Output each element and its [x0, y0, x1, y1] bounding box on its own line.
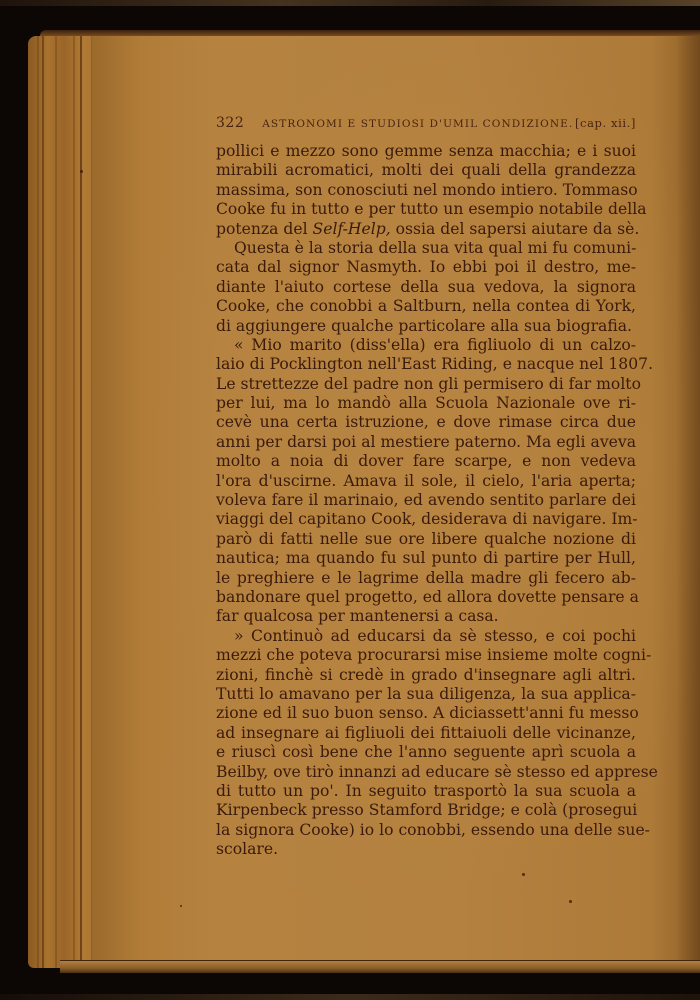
text-line: e riuscì così bene che l'anno seguente a…	[216, 743, 636, 762]
paper-speck	[569, 900, 572, 903]
paper-speck	[522, 873, 525, 876]
text-line: per lui, ma lo mandò alla Scuola Naziona…	[216, 394, 636, 413]
text-line: diante l'aiuto cortese della sua vedova,…	[216, 278, 636, 297]
text-line: « Mio marito (diss'ella) era figliuolo d…	[216, 336, 636, 355]
text-line: far qualcosa per mantenersi a casa.	[216, 607, 636, 626]
text-line: zione ed il suo buon senso. A diciassett…	[216, 704, 636, 723]
text-span: potenza del	[216, 220, 313, 238]
text-line: anni per darsi poi al mestiere paterno. …	[216, 433, 636, 452]
text-line: cata dal signor Nasmyth. Io ebbi poi il …	[216, 258, 636, 277]
text-line: massima, son conosciuti nel mondo intier…	[216, 181, 636, 200]
text-line: Cooke fu in tutto e per tutto un esempio…	[216, 200, 636, 219]
text-line: nautica; ma quando fu sul punto di parti…	[216, 549, 636, 568]
text-line: le preghiere e le lagrime della madre gl…	[216, 569, 636, 588]
text-line: parò di fatti nelle sue ore libere qualc…	[216, 530, 636, 549]
text-line: viaggi del capitano Cook, desiderava di …	[216, 510, 636, 529]
book-scan: 322 Astronomi e studiosi d'umil condizio…	[0, 0, 700, 1000]
text-line: cevè una certa istruzione, e dove rimase…	[216, 413, 636, 432]
book-bottom-edge	[60, 960, 700, 973]
text-line: ad insegnare ai figliuoli dei fittaiuoli…	[216, 724, 636, 743]
text-line: Le strettezze del padre non gli permiser…	[216, 375, 636, 394]
text-line: voleva fare il marinaio, ed avendo senti…	[216, 491, 636, 510]
page-number: 322	[216, 114, 244, 133]
text-line: Questa è la storia della sua vita qual m…	[216, 239, 636, 258]
scan-bottom-border	[0, 994, 700, 1000]
text-line: di tutto un po'. In seguito trasportò la…	[216, 782, 636, 801]
text-line: l'ora d'uscirne. Amava il sole, il cielo…	[216, 472, 636, 491]
text-line: di aggiungere qualche particolare alla s…	[216, 317, 636, 336]
text-line: molto a noia di dover fare scarpe, e non…	[216, 452, 636, 471]
page-gutter-shadow	[676, 36, 700, 962]
paper-speck	[80, 170, 83, 173]
chapter-label: [cap. xii.]	[575, 114, 636, 133]
italic-term: Self-Help,	[313, 220, 391, 238]
running-title: Astronomi e studiosi d'umil condizione.	[244, 115, 575, 134]
text-line: pollici e mezzo sono gemme senza macchia…	[216, 142, 636, 161]
text-line: mezzi che poteva procurarsi mise insieme…	[216, 646, 636, 665]
text-line: laio di Pocklington nell'East Riding, e …	[216, 355, 636, 374]
text-line: » Continuò ad educarsi da sè stesso, e c…	[216, 627, 636, 646]
text-line: scolare.	[216, 840, 636, 859]
text-line: Kirpenbeck presso Stamford Bridge; e col…	[216, 801, 636, 820]
scan-top-border	[0, 0, 700, 6]
text-line: bandonare quel progetto, ed allora dovet…	[216, 588, 636, 607]
text-line: mirabili acromatici, molti dei quali del…	[216, 161, 636, 180]
text-span: ossia del sapersi aiutare da sè.	[391, 220, 640, 238]
text-line: zioni, finchè si credè in grado d'insegn…	[216, 666, 636, 685]
text-line: Cooke, che conobbi a Saltburn, nella con…	[216, 297, 636, 316]
running-head: 322 Astronomi e studiosi d'umil condizio…	[216, 114, 636, 138]
text-line: Tutti lo amavano per la sua diligenza, l…	[216, 685, 636, 704]
page-text: 322 Astronomi e studiosi d'umil condizio…	[216, 114, 636, 859]
text-line: Beilby, ove tirò innanzi ad educare sè s…	[216, 763, 636, 782]
paper-speck	[180, 905, 182, 907]
text-line: la signora Cooke) io lo conobbi, essendo…	[216, 821, 636, 840]
body-text: pollici e mezzo sono gemme senza macchia…	[216, 142, 636, 859]
text-line: potenza del Self-Help, ossia del sapersi…	[216, 220, 636, 239]
